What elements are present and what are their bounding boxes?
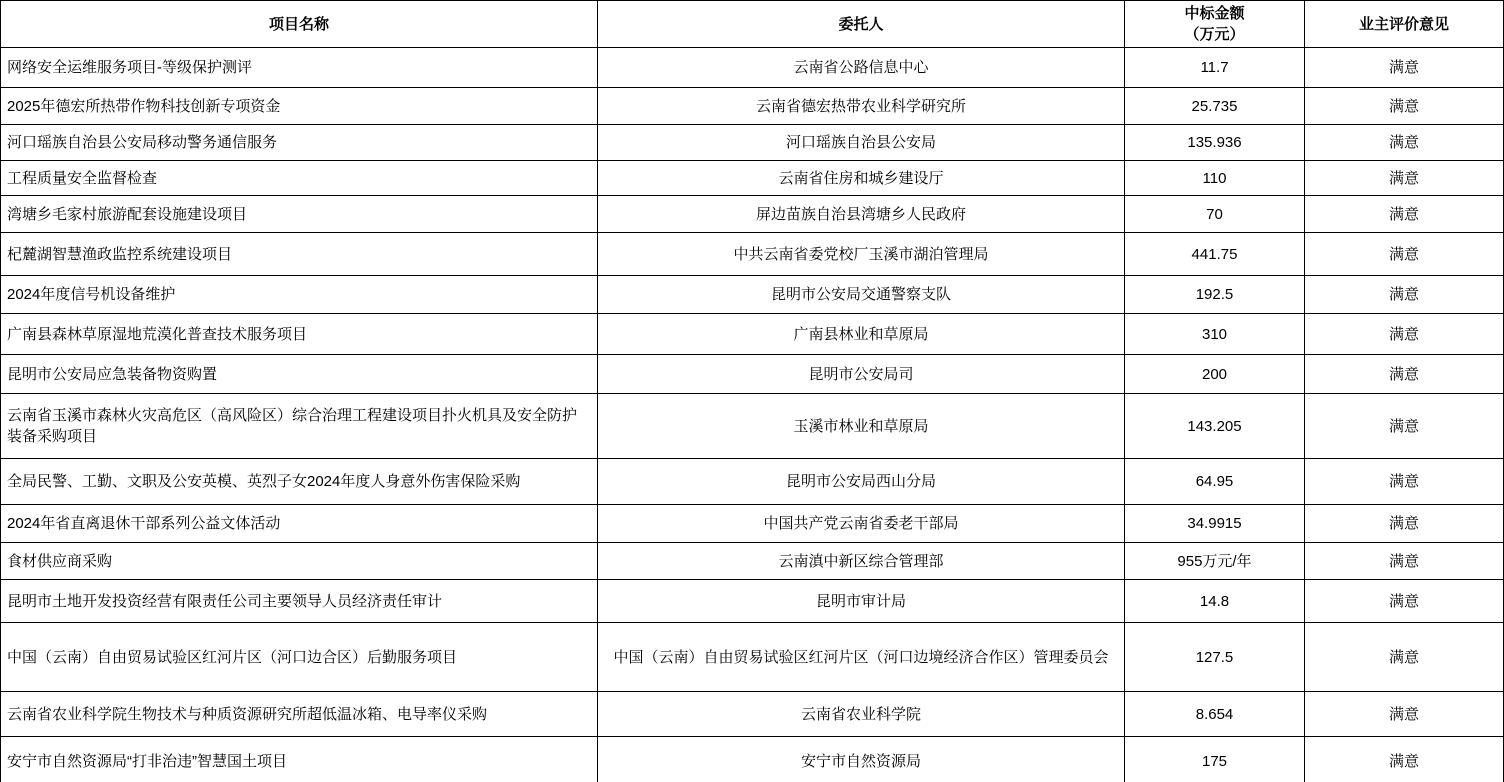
amount-cell: 8.654	[1125, 692, 1305, 737]
project-name-cell: 食材供应商采购	[1, 543, 598, 580]
project-name-cell: 2024年省直离退休干部系列公益文体活动	[1, 505, 598, 543]
table-row: 河口瑶族自治县公安局移动警务通信服务 河口瑶族自治县公安局 135.936 满意	[1, 125, 1504, 161]
evaluation-cell: 满意	[1305, 314, 1504, 355]
evaluation-cell: 满意	[1305, 580, 1504, 623]
table-row: 云南省农业科学院生物技术与种质资源研究所超低温冰箱、电导率仪采购 云南省农业科学…	[1, 692, 1504, 737]
table-row: 昆明市公安局应急装备物资购置 昆明市公安局司 200 满意	[1, 355, 1504, 394]
table-row: 湾塘乡毛家村旅游配套设施建设项目 屏边苗族自治县湾塘乡人民政府 70 满意	[1, 196, 1504, 233]
amount-cell: 175	[1125, 737, 1305, 782]
client-cell: 河口瑶族自治县公安局	[598, 125, 1125, 161]
evaluation-cell: 满意	[1305, 161, 1504, 196]
table-row: 云南省玉溪市森林火灾高危区（高风险区）综合治理工程建设项目扑火机具及安全防护装备…	[1, 394, 1504, 459]
evaluation-cell: 满意	[1305, 48, 1504, 88]
evaluation-cell: 满意	[1305, 543, 1504, 580]
project-name-cell: 湾塘乡毛家村旅游配套设施建设项目	[1, 196, 598, 233]
client-cell: 昆明市公安局西山分局	[598, 459, 1125, 505]
amount-cell: 955万元/年	[1125, 543, 1305, 580]
project-name-cell: 昆明市土地开发投资经营有限责任公司主要领导人员经济责任审计	[1, 580, 598, 623]
client-cell: 昆明市审计局	[598, 580, 1125, 623]
page: 项目名称 委托人 中标金额 （万元） 业主评价意见 网络安全运维服务项目-等级保…	[0, 0, 1504, 782]
bid-results-table: 项目名称 委托人 中标金额 （万元） 业主评价意见 网络安全运维服务项目-等级保…	[0, 0, 1504, 782]
amount-cell: 64.95	[1125, 459, 1305, 505]
amount-cell: 135.936	[1125, 125, 1305, 161]
client-cell: 云南省农业科学院	[598, 692, 1125, 737]
table-row: 安宁市自然资源局“打非治违”智慧国土项目 安宁市自然资源局 175 满意	[1, 737, 1504, 782]
amount-cell: 192.5	[1125, 276, 1305, 314]
evaluation-cell: 满意	[1305, 196, 1504, 233]
amount-cell: 70	[1125, 196, 1305, 233]
client-cell: 云南省公路信息中心	[598, 48, 1125, 88]
project-name-cell: 云南省农业科学院生物技术与种质资源研究所超低温冰箱、电导率仪采购	[1, 692, 598, 737]
client-cell: 屏边苗族自治县湾塘乡人民政府	[598, 196, 1125, 233]
evaluation-cell: 满意	[1305, 505, 1504, 543]
table-row: 昆明市土地开发投资经营有限责任公司主要领导人员经济责任审计 昆明市审计局 14.…	[1, 580, 1504, 623]
client-cell: 中共云南省委党校厂玉溪市湖泊管理局	[598, 233, 1125, 276]
project-name-cell: 河口瑶族自治县公安局移动警务通信服务	[1, 125, 598, 161]
client-cell: 中国共产党云南省委老干部局	[598, 505, 1125, 543]
client-cell: 昆明市公安局交通警察支队	[598, 276, 1125, 314]
table-row: 广南县森林草原湿地荒漠化普查技术服务项目 广南县林业和草原局 310 满意	[1, 314, 1504, 355]
column-header-project-name: 项目名称	[1, 1, 598, 48]
evaluation-cell: 满意	[1305, 459, 1504, 505]
evaluation-cell: 满意	[1305, 737, 1504, 782]
project-name-cell: 网络安全运维服务项目-等级保护测评	[1, 48, 598, 88]
client-cell: 玉溪市林业和草原局	[598, 394, 1125, 459]
table-row: 全局民警、工勤、文职及公安英模、英烈子女2024年度人身意外伤害保险采购 昆明市…	[1, 459, 1504, 505]
header-row: 项目名称 委托人 中标金额 （万元） 业主评价意见	[1, 1, 1504, 48]
table-row: 2024年度信号机设备维护 昆明市公安局交通警察支队 192.5 满意	[1, 276, 1504, 314]
column-header-owner-evaluation: 业主评价意见	[1305, 1, 1504, 48]
amount-cell: 200	[1125, 355, 1305, 394]
amount-cell: 127.5	[1125, 623, 1305, 692]
amount-cell: 25.735	[1125, 88, 1305, 125]
amount-cell: 310	[1125, 314, 1305, 355]
project-name-cell: 2024年度信号机设备维护	[1, 276, 598, 314]
amount-cell: 34.9915	[1125, 505, 1305, 543]
evaluation-cell: 满意	[1305, 125, 1504, 161]
project-name-cell: 安宁市自然资源局“打非治违”智慧国土项目	[1, 737, 598, 782]
client-cell: 云南省德宏热带农业科学研究所	[598, 88, 1125, 125]
amount-cell: 11.7	[1125, 48, 1305, 88]
evaluation-cell: 满意	[1305, 394, 1504, 459]
table-row: 2025年德宏所热带作物科技创新专项资金 云南省德宏热带农业科学研究所 25.7…	[1, 88, 1504, 125]
column-header-bid-amount: 中标金额 （万元）	[1125, 1, 1305, 48]
amount-cell: 14.8	[1125, 580, 1305, 623]
client-cell: 云南省住房和城乡建设厅	[598, 161, 1125, 196]
client-cell: 中国（云南）自由贸易试验区红河片区（河口边境经济合作区）管理委员会	[598, 623, 1125, 692]
client-cell: 广南县林业和草原局	[598, 314, 1125, 355]
evaluation-cell: 满意	[1305, 692, 1504, 737]
evaluation-cell: 满意	[1305, 623, 1504, 692]
project-name-cell: 中国（云南）自由贸易试验区红河片区（河口边合区）后勤服务项目	[1, 623, 598, 692]
evaluation-cell: 满意	[1305, 88, 1504, 125]
amount-cell: 110	[1125, 161, 1305, 196]
client-cell: 安宁市自然资源局	[598, 737, 1125, 782]
project-name-cell: 2025年德宏所热带作物科技创新专项资金	[1, 88, 598, 125]
project-name-cell: 昆明市公安局应急装备物资购置	[1, 355, 598, 394]
client-cell: 云南滇中新区综合管理部	[598, 543, 1125, 580]
table-row: 食材供应商采购 云南滇中新区综合管理部 955万元/年 满意	[1, 543, 1504, 580]
evaluation-cell: 满意	[1305, 276, 1504, 314]
client-cell: 昆明市公安局司	[598, 355, 1125, 394]
project-name-cell: 杞麓湖智慧渔政监控系统建设项目	[1, 233, 598, 276]
table-row: 中国（云南）自由贸易试验区红河片区（河口边合区）后勤服务项目 中国（云南）自由贸…	[1, 623, 1504, 692]
amount-cell: 143.205	[1125, 394, 1305, 459]
project-name-cell: 云南省玉溪市森林火灾高危区（高风险区）综合治理工程建设项目扑火机具及安全防护装备…	[1, 394, 598, 459]
table-row: 2024年省直离退休干部系列公益文体活动 中国共产党云南省委老干部局 34.99…	[1, 505, 1504, 543]
table-row: 杞麓湖智慧渔政监控系统建设项目 中共云南省委党校厂玉溪市湖泊管理局 441.75…	[1, 233, 1504, 276]
table-row: 工程质量安全监督检查 云南省住房和城乡建设厅 110 满意	[1, 161, 1504, 196]
evaluation-cell: 满意	[1305, 355, 1504, 394]
project-name-cell: 工程质量安全监督检查	[1, 161, 598, 196]
evaluation-cell: 满意	[1305, 233, 1504, 276]
column-header-client: 委托人	[598, 1, 1125, 48]
amount-cell: 441.75	[1125, 233, 1305, 276]
table-row: 网络安全运维服务项目-等级保护测评 云南省公路信息中心 11.7 满意	[1, 48, 1504, 88]
project-name-cell: 广南县森林草原湿地荒漠化普查技术服务项目	[1, 314, 598, 355]
project-name-cell: 全局民警、工勤、文职及公安英模、英烈子女2024年度人身意外伤害保险采购	[1, 459, 598, 505]
